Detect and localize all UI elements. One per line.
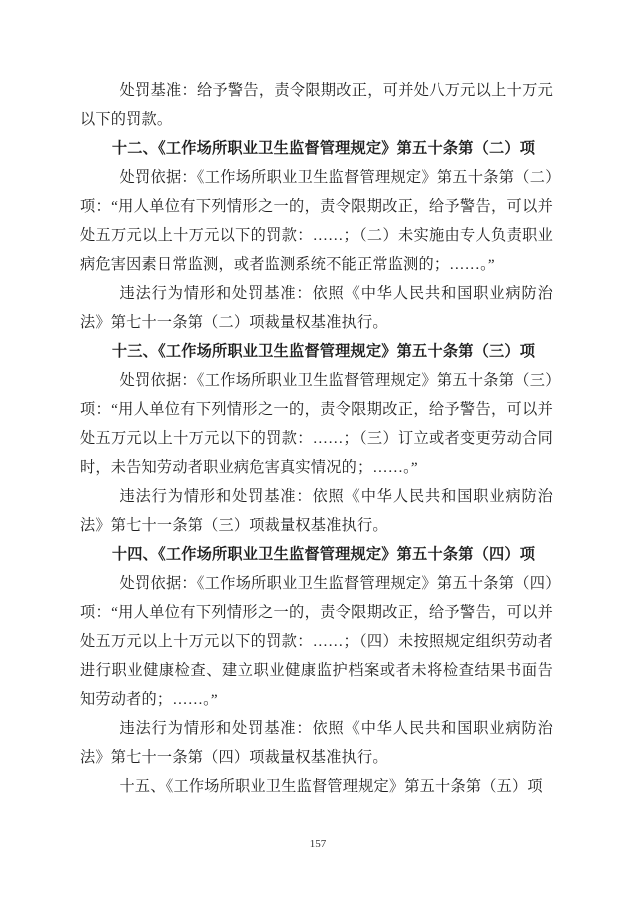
paragraph: 处罚依据：《工作场所职业卫生监督管理规定》第五十条第（二）项：“用人单位有下列情… (80, 163, 553, 279)
document-body: 处罚基准：给予警告，责令限期改正，可并处八万元以上十万元以下的罚款。十二、《工作… (80, 76, 553, 801)
section-heading: 十三、《工作场所职业卫生监督管理规定》第五十条第（三）项 (80, 337, 553, 366)
paragraph: 违法行为情形和处罚基准：依照《中华人民共和国职业病防治法》第七十一条第（四）项裁… (80, 714, 553, 772)
document-page: 处罚基准：给予警告，责令限期改正，可并处八万元以上十万元以下的罚款。十二、《工作… (0, 0, 636, 900)
paragraph: 处罚基准：给予警告，责令限期改正，可并处八万元以上十万元以下的罚款。 (80, 76, 553, 134)
paragraph: 违法行为情形和处罚基准：依照《中华人民共和国职业病防治法》第七十一条第（二）项裁… (80, 279, 553, 337)
paragraph: 处罚依据：《工作场所职业卫生监督管理规定》第五十条第（三）项：“用人单位有下列情… (80, 366, 553, 482)
section-heading: 十二、《工作场所职业卫生监督管理规定》第五十条第（二）项 (80, 134, 553, 163)
paragraph: 处罚依据：《工作场所职业卫生监督管理规定》第五十条第（四）项：“用人单位有下列情… (80, 569, 553, 714)
paragraph: 十五、《工作场所职业卫生监督管理规定》第五十条第（五）项 (80, 772, 553, 801)
page-number: 157 (0, 838, 636, 850)
paragraph: 违法行为情形和处罚基准：依照《中华人民共和国职业病防治法》第七十一条第（三）项裁… (80, 482, 553, 540)
section-heading: 十四、《工作场所职业卫生监督管理规定》第五十条第（四）项 (80, 540, 553, 569)
